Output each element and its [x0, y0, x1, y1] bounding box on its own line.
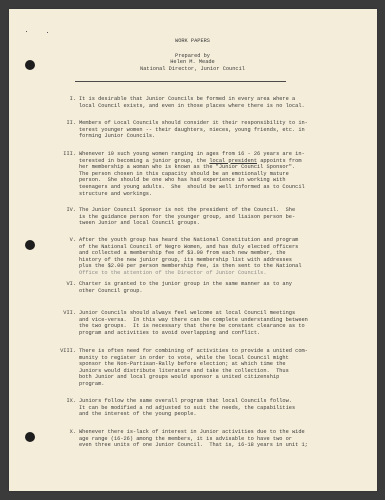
underlined-phrase: local president	[209, 158, 257, 164]
item-number: I.	[70, 96, 76, 103]
item-text: Junior Councils should always feel welco…	[79, 310, 379, 336]
item-number: III.	[63, 151, 76, 158]
speck	[47, 32, 48, 33]
item-text: Juniors follow the same overall program …	[79, 398, 379, 418]
item-text: Charter is granted to the junior group i…	[79, 281, 379, 294]
document-header: WORK PAPERS Prepared by Helen M. Meade N…	[0, 38, 385, 72]
item-number: IX.	[66, 398, 76, 405]
item-number: VII.	[63, 310, 76, 317]
item-number: II.	[66, 120, 76, 127]
item-number: V.	[70, 237, 76, 244]
author-name: Helen M. Meade	[0, 59, 385, 66]
item-text: There is often need for combining of act…	[79, 348, 379, 388]
document-title: WORK PAPERS	[0, 38, 385, 45]
speck	[26, 31, 27, 32]
item-text: After the youth group has heard the Nati…	[79, 237, 379, 277]
item-number: VIII.	[60, 348, 76, 355]
prepared-by-label: Prepared by	[0, 53, 385, 60]
item-number: X.	[70, 429, 76, 436]
item-text: Whenever 10 such young women ranging in …	[79, 151, 379, 197]
item-number: VI.	[66, 281, 76, 288]
header-divider	[75, 81, 286, 82]
item-text: The Junior Council Sponsor is not the pr…	[79, 207, 379, 227]
author-title: National Director, Junior Council	[0, 66, 385, 73]
item-text: It is desirable that Junior Councils be …	[79, 96, 379, 109]
punch-hole-bottom	[25, 432, 35, 442]
item-text: Whenever there is-lack of interest in Ju…	[79, 429, 379, 449]
item-text: Members of Local Councils should conside…	[79, 120, 379, 140]
punch-hole-middle	[25, 240, 35, 250]
item-number: IV.	[66, 207, 76, 214]
